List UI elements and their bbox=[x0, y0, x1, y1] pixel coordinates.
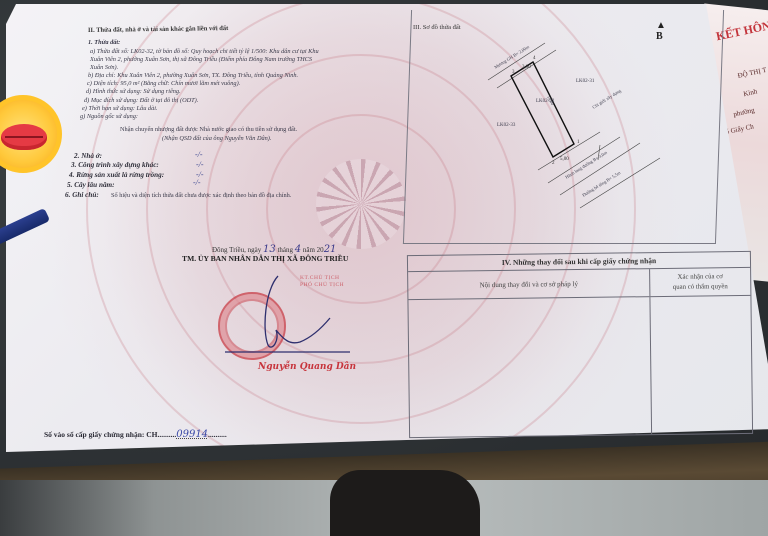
changes-confirmation-cell bbox=[650, 296, 752, 434]
parcel-line-dd: đ) Mục đích sử dụng: Đất ở tại đô thị (O… bbox=[84, 97, 198, 105]
lips-icon bbox=[1, 124, 47, 150]
note-label: 6. Ghi chú: bbox=[65, 191, 99, 199]
other-cert-line: ĐỘ THỊ T bbox=[737, 66, 767, 80]
item-plantation-forest: 4. Rừng sản xuất là rừng trồng: bbox=[69, 171, 164, 179]
other-cert-line: Kinh bbox=[743, 87, 758, 98]
changes-content-cell bbox=[408, 297, 652, 437]
parcel-line-a2: Xuân Viên 2, phường Xuân Sơn, thị xã Đôn… bbox=[90, 56, 312, 64]
dark-object bbox=[330, 470, 480, 536]
official-seal-icon bbox=[218, 292, 286, 360]
north-label: B bbox=[656, 31, 663, 42]
parcel-line-a: a) Thửa đất số: LK02-32, tờ bản đồ số: Q… bbox=[90, 48, 319, 56]
neighbor-left-label: LK02-33 bbox=[497, 122, 515, 130]
changes-table: IV. Những thay đổi sau khi cấp giấy chứn… bbox=[407, 251, 753, 438]
watermark-star-drum bbox=[316, 159, 406, 249]
parcel-line-d: d) Hình thức sử dụng: Sử dụng riêng. bbox=[86, 88, 181, 96]
subsection-1-title: 1. Thửa đất: bbox=[88, 39, 120, 47]
section-iii-title: III. Sơ đồ thửa đất bbox=[413, 24, 461, 31]
origin-note: (Nhận QSD đất của ông Nguyễn Văn Dân). bbox=[162, 135, 271, 143]
registry-number: Số vào sổ cấp giấy chứng nhận: CH.......… bbox=[44, 429, 227, 440]
parcel-line-a3: Xuân Sơn). bbox=[90, 64, 118, 72]
item-other-construction-value: -/- bbox=[196, 160, 204, 169]
registry-label: Số vào sổ cấp giấy chứng nhận: CH bbox=[44, 430, 157, 439]
parcel-map-frame bbox=[403, 10, 724, 244]
other-cert-line: phường bbox=[733, 106, 756, 118]
signer-role-2: PHÓ CHỦ TỊCH bbox=[300, 282, 344, 289]
note-text: Số hiệu và diện tích thửa đất chưa được … bbox=[111, 192, 291, 200]
issuing-authority: TM. ỦY BAN NHÂN DÂN THỊ XÃ ĐÔNG TRIỀU bbox=[182, 254, 348, 263]
item-perennial-trees: 5. Cây lâu năm: bbox=[67, 181, 115, 189]
signer-role: KT.CHỦ TỊCH PHÓ CHỦ TỊCH bbox=[300, 275, 344, 289]
changes-col-content: Nội dung thay đổi và cơ sở pháp lý bbox=[408, 269, 650, 299]
signer-role-1: KT.CHỦ TỊCH bbox=[300, 275, 344, 282]
signer-name: Nguyễn Quang Dân bbox=[258, 362, 356, 372]
item-house: 2. Nhà ở: bbox=[74, 152, 102, 160]
item-perennial-trees-value: -/- bbox=[193, 178, 201, 187]
date-prefix: Đông Triều, ngày bbox=[212, 246, 261, 254]
registry-value: 09914 bbox=[176, 429, 208, 440]
year-label: năm 20 bbox=[303, 246, 324, 254]
parcel-line-g: g) Nguồn gốc sử dụng: bbox=[80, 113, 138, 121]
parcel-line-c: c) Diện tích: 95,0 m² (Bằng chữ: Chín mư… bbox=[87, 80, 240, 88]
parcel-line-e: e) Thời hạn sử dụng: Lâu dài. bbox=[82, 105, 158, 113]
parcel-line-b: b) Địa chỉ: Khu Xuân Viên 2, phường Xuân… bbox=[88, 72, 298, 80]
north-arrow-icon: ▲B bbox=[656, 20, 666, 42]
neighbor-right-label: LK02-31 bbox=[576, 78, 594, 86]
item-house-value: -/- bbox=[195, 150, 203, 159]
item-other-construction: 3. Công trình xây dựng khác: bbox=[71, 161, 159, 169]
changes-col-confirmation: Xác nhận của cơ quan có thẩm quyền bbox=[650, 268, 750, 296]
origin-line: Nhận chuyển nhượng đất được Nhà nước gia… bbox=[120, 126, 297, 134]
month-label: tháng bbox=[277, 246, 293, 254]
